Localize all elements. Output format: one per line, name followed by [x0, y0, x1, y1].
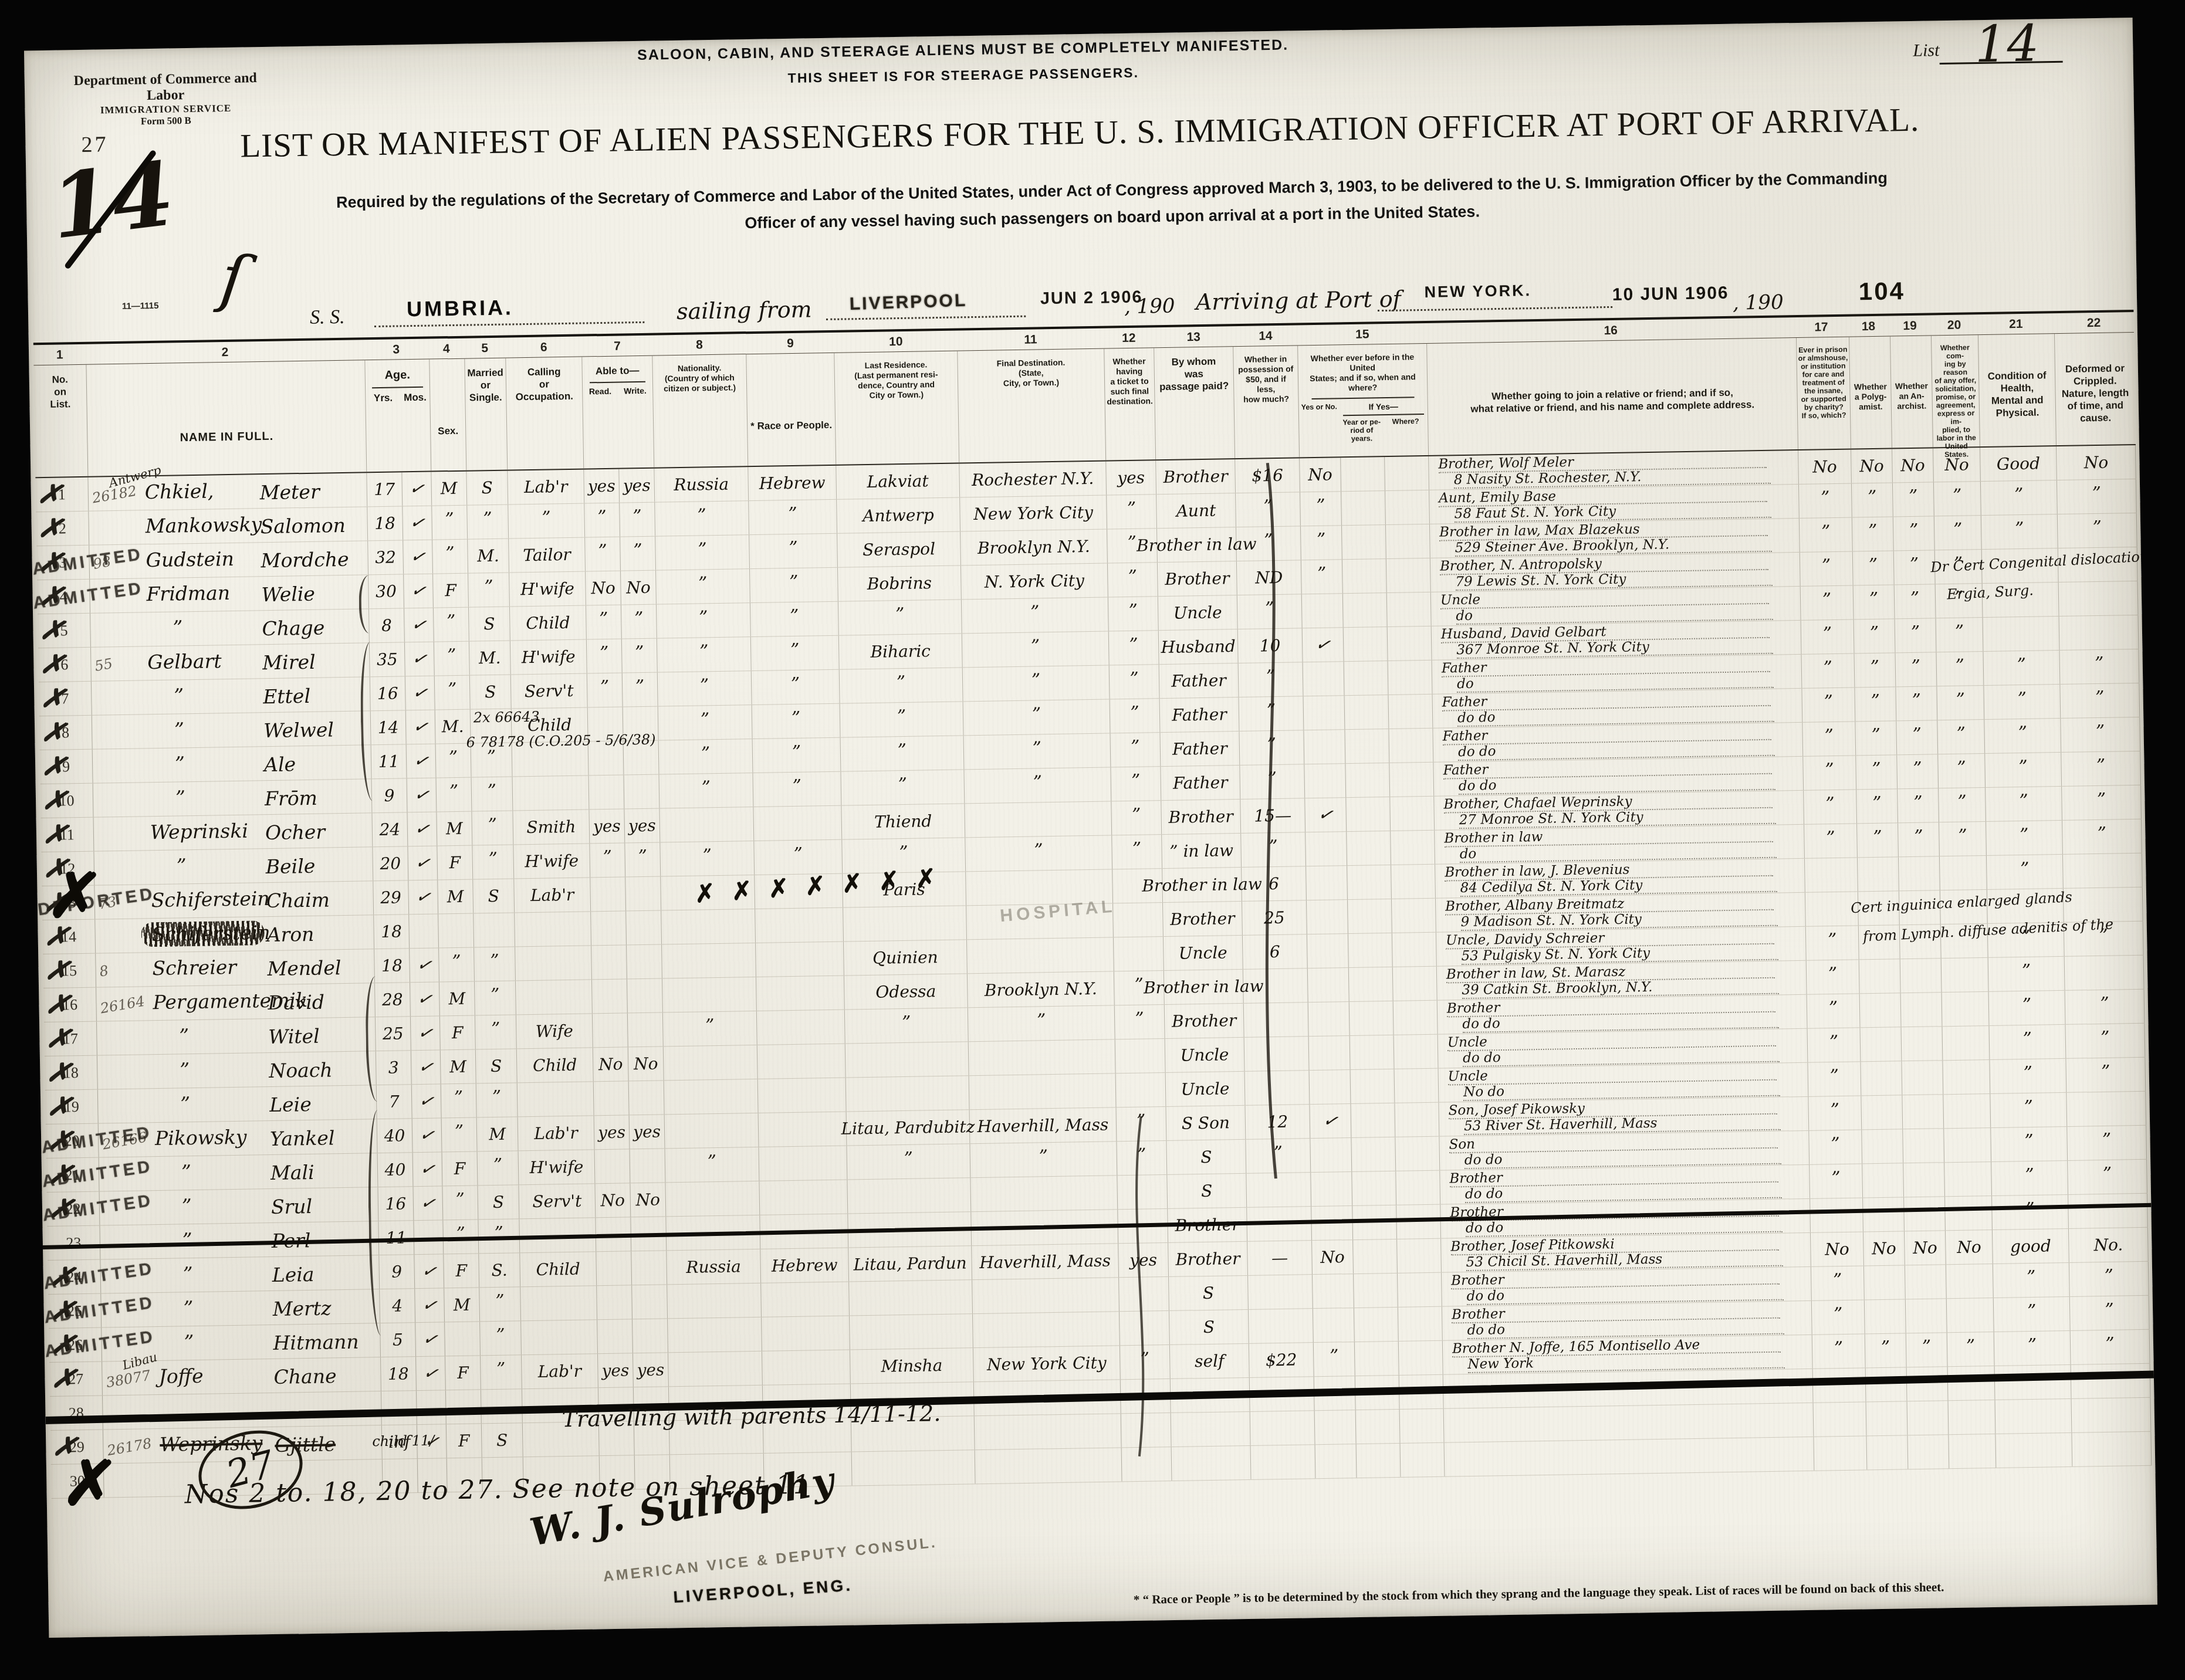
cell-read — [595, 1149, 631, 1183]
cell-age-months: ✓ — [405, 676, 435, 710]
cell-name: ”Ale — [93, 745, 372, 783]
cell-paid-by: Brother — [1158, 561, 1237, 596]
cell-money: — — [1247, 1241, 1313, 1275]
x-mark: ✗ — [43, 953, 72, 988]
cell-contract-labor — [1949, 1400, 1996, 1434]
cell-read: ” — [590, 843, 625, 877]
cell-read: yes — [589, 809, 625, 843]
header-sex: Sex. — [429, 359, 466, 471]
cell-married: ” — [476, 1083, 518, 1117]
cell-nationality — [665, 1113, 759, 1149]
cell-join-relative: Brotherdo do — [1440, 1165, 1810, 1204]
cell-read: No — [593, 1047, 629, 1081]
cell-before-yn — [1304, 764, 1346, 798]
cell-age-months: ✓ — [405, 642, 435, 676]
cell-row-number: ✗16 — [43, 988, 97, 1022]
cell-age-months: ✓ — [410, 982, 440, 1016]
cell-before-yn — [1308, 1002, 1350, 1036]
cell-money: ” — [1237, 594, 1303, 629]
cell-deformed: ” — [2059, 649, 2139, 684]
header-nationality: Nationality. (Country of which citizen o… — [652, 354, 748, 467]
cell-before-where — [1392, 899, 1436, 933]
cell-destination — [970, 1176, 1118, 1211]
given-name: Mordche — [261, 548, 349, 572]
cell-ticket — [1113, 903, 1163, 937]
column-number: 5 — [464, 338, 506, 358]
cell-ticket: ” — [1120, 1345, 1171, 1379]
cell-destination: Haverhill, Mass — [972, 1244, 1119, 1279]
cell-ticket: ” — [1112, 835, 1162, 869]
cell-before-yn — [1309, 1036, 1351, 1070]
cell-before-yn: ” — [1301, 526, 1342, 560]
cell-money: ” — [1240, 764, 1305, 799]
surname: ” — [174, 718, 185, 747]
surname: ” — [183, 1296, 194, 1325]
header-join-relative: Whether going to join a relative or frie… — [1427, 338, 1798, 455]
list-number-large-handwritten: 14 — [45, 142, 179, 259]
cell-join-relative: Husband, David Gelbart367 Monroe St. N. … — [1432, 621, 1802, 660]
arrival-port: NEW YORK. — [1424, 282, 1531, 302]
cell-money — [1251, 1445, 1316, 1479]
cell-write: yes — [630, 1115, 665, 1149]
cell-sex: ” — [432, 540, 468, 574]
column-number: 4 — [429, 338, 465, 359]
cell-age-months: ✓ — [411, 1016, 441, 1050]
cell-destination — [969, 1073, 1117, 1109]
cell-name: 26182AntwerpChkiel,Meter — [88, 473, 367, 510]
cell-write — [624, 775, 659, 809]
cell-contract-labor — [1946, 1264, 1994, 1298]
cell-race — [758, 1078, 847, 1113]
column-number: 18 — [1848, 316, 1889, 337]
cell-write: ” — [622, 639, 658, 673]
cell-nationality — [661, 909, 756, 944]
cell-write: ” — [625, 843, 661, 877]
cell-sex: ” — [441, 1084, 477, 1118]
cell-before-where — [1391, 865, 1436, 899]
cell-occupation — [517, 1082, 594, 1116]
given-name: Noach — [269, 1058, 333, 1082]
given-name: Aron — [266, 923, 314, 946]
cell-read — [593, 1013, 628, 1047]
cell-join-relative: UncleNo do — [1439, 1063, 1809, 1102]
cell-row-number: ✗20ADMITTED — [46, 1124, 99, 1158]
cell-paid-by: S — [1169, 1310, 1249, 1344]
cell-row-number: ✗1 — [35, 477, 89, 512]
cell-name: ”Chage — [90, 609, 370, 646]
cell-married: S — [466, 471, 508, 505]
cell-money — [1244, 1002, 1309, 1037]
cell-last-residence: Biharic — [839, 634, 963, 669]
cell-deformed: ” — [2062, 785, 2142, 820]
cell-anarchist: ” — [1893, 516, 1935, 550]
cell-before-yn — [1313, 1274, 1354, 1308]
cell-row-number: ✗24ADMITTED — [48, 1260, 101, 1294]
cell-sex: ” — [442, 1117, 478, 1151]
cell-paid-by: ” in law — [1162, 834, 1242, 868]
cell-write: No — [628, 1046, 664, 1081]
cell-last-residence: Bobrins — [838, 565, 962, 601]
cell-contract-labor — [1943, 1060, 1990, 1094]
cell-deformed: ” — [2062, 819, 2142, 854]
cell-age-months: ✓ — [413, 1152, 443, 1186]
cell-name: ”Noach — [97, 1051, 377, 1089]
cell-write: ” — [621, 605, 657, 639]
cell-anarchist: ” — [1906, 1333, 1948, 1367]
manifest-tag-number: 55 — [93, 655, 114, 675]
cell-join-relative: Brother, Josef Pitkowski53 Chicil St. Ha… — [1441, 1233, 1811, 1272]
cell-destination: ” — [970, 1142, 1117, 1177]
cell-contract-labor: ” — [1937, 686, 1984, 720]
cell-occupation — [521, 1320, 598, 1354]
cell-occupation: Lab'r — [514, 878, 591, 912]
cell-age-months: ✓ — [416, 1356, 446, 1390]
cell-prison: ” — [1806, 926, 1859, 960]
cell-before-year — [1349, 1001, 1394, 1035]
cell-nationality: ” — [663, 1011, 757, 1046]
cell-nationality: Russia — [667, 1249, 761, 1285]
cell-sex: M — [431, 472, 467, 506]
cell-occupation: Lab'r — [518, 1116, 595, 1150]
cell-money: ” — [1236, 526, 1301, 561]
cell-deformed: ” — [2058, 513, 2137, 548]
cell-before-yn — [1311, 1172, 1352, 1206]
cell-race: ” — [749, 500, 837, 534]
cell-last-residence: ” — [841, 736, 965, 771]
overlay-consul1: AMERICAN VICE & DEPUTY CONSUL. — [603, 1534, 938, 1586]
cell-race — [761, 1282, 850, 1317]
cell-occupation: Tailor — [509, 537, 586, 572]
cell-before-year — [1342, 525, 1386, 559]
cell-married: S — [478, 1185, 519, 1219]
cell-before-yn: ” — [1301, 560, 1343, 594]
cell-prison — [1810, 1198, 1863, 1232]
cell-anarchist — [1907, 1401, 1949, 1435]
list-number-handwritten: 14 — [1974, 18, 2039, 74]
cell-money — [1244, 1037, 1310, 1071]
header-ticket: Whether having a ticket to such final de… — [1104, 348, 1156, 460]
cell-age-months: ✓ — [415, 1288, 445, 1322]
x-mark: ✗ — [36, 510, 65, 546]
given-name: Mertz — [272, 1296, 331, 1320]
cell-ticket — [1119, 1311, 1170, 1345]
cell-sex: M — [438, 880, 473, 914]
cell-married: S — [473, 879, 515, 913]
cell-polygamist — [1862, 1163, 1904, 1197]
cell-health: ” — [1986, 787, 2062, 821]
cell-last-residence: Seraspol — [837, 531, 961, 567]
cell-before-where — [1395, 1069, 1439, 1103]
cell-race: ” — [751, 636, 840, 670]
cell-race: Hebrew — [748, 466, 837, 500]
cell-read — [589, 775, 625, 809]
cell-prison: ” — [1812, 1334, 1866, 1368]
given-name: Ale — [264, 753, 296, 776]
column-number: 21 — [1978, 313, 2055, 334]
cell-paid-by: Father — [1160, 731, 1240, 766]
cell-destination — [975, 1448, 1122, 1483]
cell-before-year — [1344, 627, 1388, 661]
cell-before-where — [1389, 729, 1433, 763]
cell-destination: ” — [964, 767, 1111, 803]
cell-destination: N. York City — [961, 563, 1108, 599]
column-number: 3 — [364, 339, 429, 360]
cell-join-relative: Fatherdo do — [1433, 757, 1804, 796]
cell-ticket: ” — [1108, 597, 1159, 631]
given-name: Leie — [269, 1093, 312, 1116]
cell-deformed: ” — [2067, 1126, 2147, 1160]
cell-before-year — [1354, 1273, 1398, 1308]
cell-before-yn — [1313, 1308, 1355, 1342]
surname: ” — [184, 1330, 194, 1359]
header-deformed: Deformed or Crippled. Nature, length of … — [2055, 333, 2136, 445]
cell-paid-by: Brother — [1165, 1004, 1244, 1038]
header-no-on-list: No. on List. — [33, 365, 88, 477]
cell-paid-by: S Son — [1166, 1106, 1246, 1140]
cell-read: ” — [587, 639, 623, 673]
cell-sex: ” — [434, 642, 470, 676]
cell-contract-labor: ” — [1939, 822, 1987, 856]
cell-read: yes — [598, 1353, 634, 1387]
surname: Gelbart — [147, 649, 222, 673]
cell-sex: ” — [434, 608, 469, 642]
cell-occupation: Serv't — [511, 673, 588, 708]
header-final-destination: Final Destination. (State, City, or Town… — [958, 349, 1106, 463]
cell-prison: ” — [1808, 1096, 1862, 1130]
cell-read: ” — [587, 673, 623, 707]
cell-read — [597, 1319, 633, 1353]
cell-prison: ” — [1804, 790, 1857, 824]
cell-age-years — [381, 1391, 417, 1425]
cell-read: No — [586, 571, 621, 605]
given-name: Meter — [260, 480, 320, 504]
cell-write — [632, 1285, 668, 1319]
cell-age-months: ✓ — [407, 812, 437, 846]
cell-nationality — [662, 943, 756, 978]
cell-contract-labor — [1942, 958, 1989, 992]
date-suffix-1: , 190 — [1124, 294, 1175, 319]
given-name: Welwel — [263, 718, 334, 742]
cell-prison: ” — [1801, 620, 1855, 654]
cell-last-residence: Minsha — [850, 1348, 974, 1383]
cell-married: ” — [467, 505, 509, 539]
cell-polygamist: ” — [1856, 755, 1898, 789]
cell-sex: F — [433, 574, 469, 608]
cell-before-yn: ✓ — [1305, 798, 1347, 832]
cell-polygamist: ” — [1852, 517, 1894, 551]
cell-join-relative: Brother, Chafael Weprinsky27 Monroe St. … — [1434, 791, 1804, 830]
cell-health: ” — [1991, 1161, 2068, 1195]
cell-last-residence: Quinien — [844, 940, 968, 975]
cell-name: ”Welwel — [92, 711, 371, 748]
cell-before-yn — [1310, 1070, 1351, 1104]
cell-join-relative — [1444, 1403, 1814, 1442]
cell-destination — [972, 1278, 1119, 1313]
cell-nationality: ” — [655, 501, 749, 536]
x-mark: ✗ — [45, 1055, 73, 1090]
cell-polygamist — [1864, 1265, 1906, 1299]
arrival-rule — [1378, 306, 1612, 311]
cell-paid-by: Father — [1159, 663, 1239, 698]
cell-read — [591, 945, 627, 979]
cell-before-yn — [1315, 1444, 1357, 1478]
cell-occupation — [515, 912, 591, 946]
cell-deformed: ” — [2061, 751, 2141, 786]
column-number: 19 — [1889, 315, 1931, 336]
cell-last-residence — [849, 1280, 973, 1315]
cell-age-months — [409, 914, 439, 948]
given-name: Chaim — [266, 888, 330, 912]
cell-last-residence: ” — [847, 1144, 970, 1179]
cell-paid-by: S — [1169, 1276, 1249, 1310]
overlay-child11: child 11/ — [372, 1432, 434, 1450]
cell-deformed: No — [2057, 445, 2136, 480]
cell-money — [1245, 1071, 1310, 1105]
cell-polygamist — [1863, 1197, 1905, 1231]
cell-age-months: ✓ — [412, 1118, 442, 1152]
cell-read: ” — [585, 537, 621, 571]
cell-nationality: ” — [660, 841, 755, 876]
cell-married: ” — [472, 811, 513, 845]
given-name: Srul — [271, 1195, 313, 1218]
cell-money: ” — [1236, 492, 1301, 527]
cell-ticket: ” — [1111, 767, 1161, 801]
cell-anarchist — [1904, 1197, 1946, 1231]
cell-before-year — [1345, 763, 1390, 797]
cell-row-number: ✗2 — [36, 512, 89, 546]
cell-anarchist — [1902, 1095, 1944, 1129]
cell-occupation: Serv't — [519, 1184, 596, 1218]
cell-prison: ” — [1811, 1266, 1865, 1300]
cell-anarchist — [1901, 993, 1943, 1027]
cell-prison: ” — [1801, 586, 1854, 620]
cell-before-year — [1351, 1137, 1396, 1171]
cell-age-months: ✓ — [404, 574, 434, 608]
cell-join-relative: Brother in law, J. Blevenius84 Cedilya S… — [1435, 859, 1805, 898]
cell-polygamist — [1865, 1299, 1906, 1333]
cell-last-residence: ” — [840, 668, 963, 703]
cell-before-yn: No — [1312, 1240, 1354, 1274]
x-mark: ✗ — [38, 612, 66, 648]
cell-race: ” — [750, 568, 838, 602]
cell-before-where — [1395, 1137, 1440, 1171]
cell-health — [1995, 1365, 2072, 1400]
cell-money: ” — [1239, 696, 1304, 731]
manifest-paper: Department of Commerce and Labor IMMIGRA… — [24, 18, 2157, 1638]
cell-married — [473, 913, 515, 947]
cell-join-relative: Brotherdo do — [1442, 1301, 1812, 1340]
cell-join-relative: Brother in law, St. Marasz39 Catkin St. … — [1437, 961, 1807, 1000]
cell-deformed: ” — [2069, 1262, 2149, 1296]
cell-before-yn — [1302, 594, 1344, 628]
cell-last-residence — [843, 906, 967, 941]
cell-age-months: ✓ — [404, 608, 434, 642]
cell-anarchist — [1902, 1027, 1943, 1061]
given-name: David — [268, 991, 324, 1015]
cell-row-number: ✗5 — [38, 614, 91, 648]
cell-nationality — [662, 977, 757, 1012]
cell-money: ND — [1237, 560, 1302, 595]
cell-ticket: yes — [1106, 460, 1156, 494]
cell-money: 25 — [1242, 900, 1307, 935]
cell-married: M. — [469, 641, 511, 675]
column-number: 12 — [1104, 327, 1154, 348]
overlay-consul2: LIVERPOOL, ENG. — [673, 1576, 853, 1607]
cell-before-yn — [1307, 934, 1349, 968]
cell-polygamist: ” — [1865, 1333, 1907, 1367]
cell-occupation: Lab'r — [508, 469, 584, 504]
surname: Schiferstein — [151, 887, 270, 912]
cell-married: ” — [475, 981, 516, 1015]
cell-nationality: ” — [659, 739, 753, 774]
header-able-to: Able to— Read.Write. — [582, 356, 654, 469]
cell-paid-by: Father — [1161, 766, 1240, 800]
sailing-port-stamp: LIVERPOOL — [849, 290, 967, 314]
cell-nationality — [667, 1283, 762, 1319]
cell-married: ” — [472, 845, 514, 879]
cell-married: S — [482, 1423, 523, 1457]
cell-polygamist: ” — [1853, 585, 1895, 619]
cell-before-where — [1388, 626, 1432, 661]
cell-contract-labor: ” — [1938, 754, 1986, 788]
cell-row-number: ✗26ADMITTED — [49, 1328, 102, 1362]
cell-paid-by: self — [1170, 1344, 1250, 1378]
cell-age-months: ✓ — [415, 1322, 445, 1356]
cell-write: ” — [620, 537, 656, 571]
cell-ticket — [1116, 1073, 1166, 1107]
header-married-single: Married or Single. — [465, 358, 508, 470]
cell-race — [753, 806, 842, 841]
cell-before-yn: ✓ — [1303, 628, 1344, 662]
cell-married: ” — [472, 777, 513, 811]
cell-before-where — [1390, 797, 1435, 831]
cell-last-residence: Lakviat — [836, 463, 960, 499]
cell-before-yn — [1304, 696, 1345, 730]
cell-write — [627, 945, 662, 979]
cell-race: ” — [753, 772, 841, 807]
sailing-rule — [826, 316, 1026, 320]
cell-money: 10 — [1238, 628, 1303, 663]
cell-race — [757, 1010, 845, 1045]
cell-nationality — [668, 1317, 762, 1353]
column-number: 13 — [1154, 326, 1234, 347]
cell-polygamist: ” — [1856, 789, 1898, 823]
cell-deformed — [2059, 615, 2139, 650]
surname: ” — [182, 1262, 193, 1291]
x-mark: ✗ — [39, 646, 67, 682]
cell-paid-by: Uncle — [1166, 1072, 1246, 1106]
race-footnote: * “ Race or People ” is to be determined… — [929, 1577, 2149, 1611]
cell-deformed — [2065, 956, 2145, 990]
cell-age-months: ✓ — [408, 880, 438, 914]
cell-nationality: ” — [657, 637, 752, 672]
cell-contract-labor — [1944, 1162, 1992, 1196]
header-last-residence: Last Residence. (Last permanent resi- de… — [834, 351, 959, 464]
cell-before-yn — [1304, 730, 1345, 764]
cell-prison: ” — [1799, 484, 1852, 518]
cell-paid-by: Husband — [1159, 629, 1239, 664]
cell-join-relative: Fatherdo do — [1433, 689, 1803, 728]
given-name: Witel — [268, 1025, 320, 1048]
cell-health: ” — [1981, 480, 2058, 515]
cell-before-where — [1398, 1273, 1442, 1307]
cell-contract-labor: ” — [1934, 516, 1982, 550]
cell-paid-by: Brother — [1156, 459, 1236, 494]
cell-race: Hebrew — [760, 1248, 849, 1283]
cell-prison: ” — [1807, 960, 1860, 994]
cell-age-years: 24 — [372, 812, 408, 846]
cell-deformed: ” — [2065, 1024, 2145, 1058]
